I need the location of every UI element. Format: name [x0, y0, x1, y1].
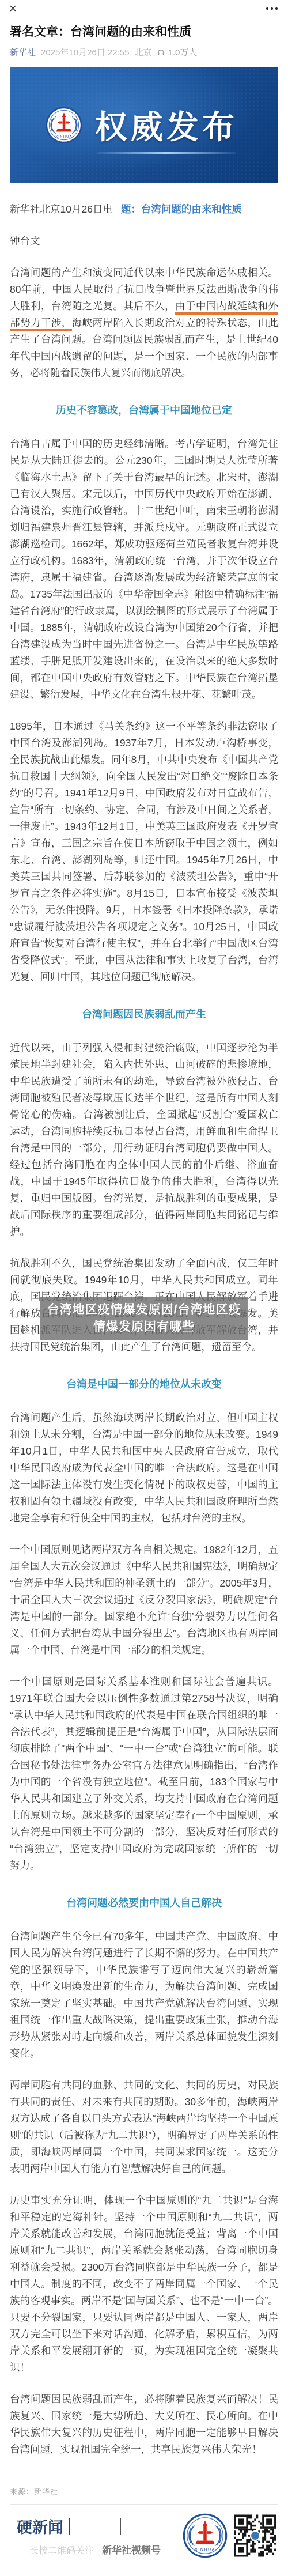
xinhua-emblem-icon	[46, 107, 82, 143]
article-paragraph: 历史事实充分证明，体现一个中国原则的“九二共识”是台海和平稳定的定海神针。坚持一…	[10, 2192, 278, 2376]
authority-release-banner-image: 权威发布	[10, 67, 278, 183]
section-heading: 台湾是中国一部分的地位从未改变	[10, 1376, 278, 1392]
source-account-link[interactable]: 新华社	[10, 46, 36, 58]
publish-location: 北京	[134, 46, 151, 58]
article-footer: 来源：新华社 硬新闻 长按二维码关注 新华社视频号	[0, 2473, 288, 2576]
listeners-count: 1.0万人	[168, 46, 197, 58]
article-paragraph: 两岸同胞有共同的血脉、共同的文化、共同的历史，对民族有共同的责任、对未来有共同的…	[10, 2077, 278, 2177]
section-heading: 台湾问题因民族弱乱而产生	[10, 1006, 278, 1022]
section-heading: 历史不容篡改，台湾属于中国地位已定	[10, 402, 278, 418]
dateline: 新华社北京10月26日电	[10, 203, 113, 215]
section-heading: 台湾问题必然要由中国人自己解决	[10, 1895, 278, 1911]
footer-divider	[10, 2504, 278, 2505]
author: 钟台文	[10, 233, 278, 250]
xinhua-emblem-icon	[183, 2513, 228, 2558]
article-paragraph: 近代以来，由于列强入侵和封建统治腐败，中国逐步沦为半殖民地半封建社会，陷入内忧外…	[10, 1040, 278, 1240]
divider-bar	[69, 2518, 70, 2535]
article-paragraph: 台湾问题因民族弱乱而产生，必将随着民族复兴而解决！民族复兴、国家统一是大势所趋、…	[10, 2391, 278, 2458]
article-paragraph: 台湾问题的产生和演变同近代以来中华民族命运休戚相关。80年前，中国人民取得了抗日…	[10, 265, 278, 382]
article-paragraph: 1895年，日本通过《马关条约》这一不平等条约非法窃取了中国台湾及澎湖列岛。19…	[10, 718, 278, 985]
paragraph-with-watermark: 抗战胜利不久，国民党统治集团发动了全面内战，仅三年时间就彻底失败。1949年10…	[10, 1255, 278, 1355]
channel-promo-card[interactable]: 硬新闻 长按二维码关注 新华社视频号	[10, 2513, 278, 2559]
article-header: 署名文章：台湾问题的由来和性质 新华社 2025年10月26日 22:55 北京…	[0, 17, 288, 58]
article-page: × 署名文章：台湾问题的由来和性质 新华社 2025年10月26日 22:55 …	[0, 0, 288, 2576]
promo-text: 硬新闻 长按二维码关注 新华社视频号	[10, 2515, 183, 2556]
headphones-icon	[157, 48, 165, 56]
divider-bar	[120, 2518, 121, 2535]
article-paragraph: 台湾问题产生后，虽然海峡两岸长期政治对立，但中国主权和领土从未分割，台湾是中国一…	[10, 1410, 278, 1527]
article-paragraph: 台湾自古属于中国的历史经纬清晰。考古学证明，台湾先住民是从大陆迁徙去的。公元23…	[10, 436, 278, 703]
top-bar: ×	[0, 0, 288, 17]
topic-title: 题：台湾问题的由来和性质	[121, 203, 242, 215]
qr-code	[232, 2513, 278, 2559]
dateline-paragraph: 新华社北京10月26日电题：台湾问题的由来和性质	[10, 201, 278, 218]
article-paragraph: 一个中国原则见诸两岸双方各自相关规定。1982年12月，五届全国人大五次会议通过…	[10, 1542, 278, 1659]
article-paragraph: 一个中国原则是国际关系基本准则和国际社会普遍共识。1971年联合国大会以压倒性多…	[10, 1674, 278, 1874]
publish-datetime: 2025年10月26日 22:55	[41, 46, 129, 58]
source-line: 来源：新华社	[10, 2486, 278, 2496]
watermark-overlay: 台湾地区疫情爆发原因/台湾地区疫情爆发原因有哪些	[40, 1297, 248, 1340]
page-title: 署名文章：台湾问题的由来和性质	[10, 24, 278, 40]
qr-hint-label: 长按二维码关注	[29, 2543, 94, 2556]
article-body: 新华社北京10月26日电题：台湾问题的由来和性质 钟台文 台湾问题的产生和演变同…	[0, 183, 288, 2458]
brand-logo-text: 硬新闻	[17, 2515, 63, 2537]
audio-listeners[interactable]: 1.0万人	[157, 46, 197, 58]
more-menu-icon[interactable]	[265, 4, 279, 13]
byline: 新华社 2025年10月26日 22:55 北京 1.0万人	[10, 46, 278, 58]
close-icon[interactable]: ×	[9, 2, 17, 15]
article-paragraph: 台湾问题产生至今已有70多年，中国共产党、中国政府、中国人民为解决台湾问题进行了…	[10, 1928, 278, 2062]
banner-headline: 权威发布	[95, 102, 238, 148]
video-account-label: 新华社视频号	[102, 2542, 161, 2556]
